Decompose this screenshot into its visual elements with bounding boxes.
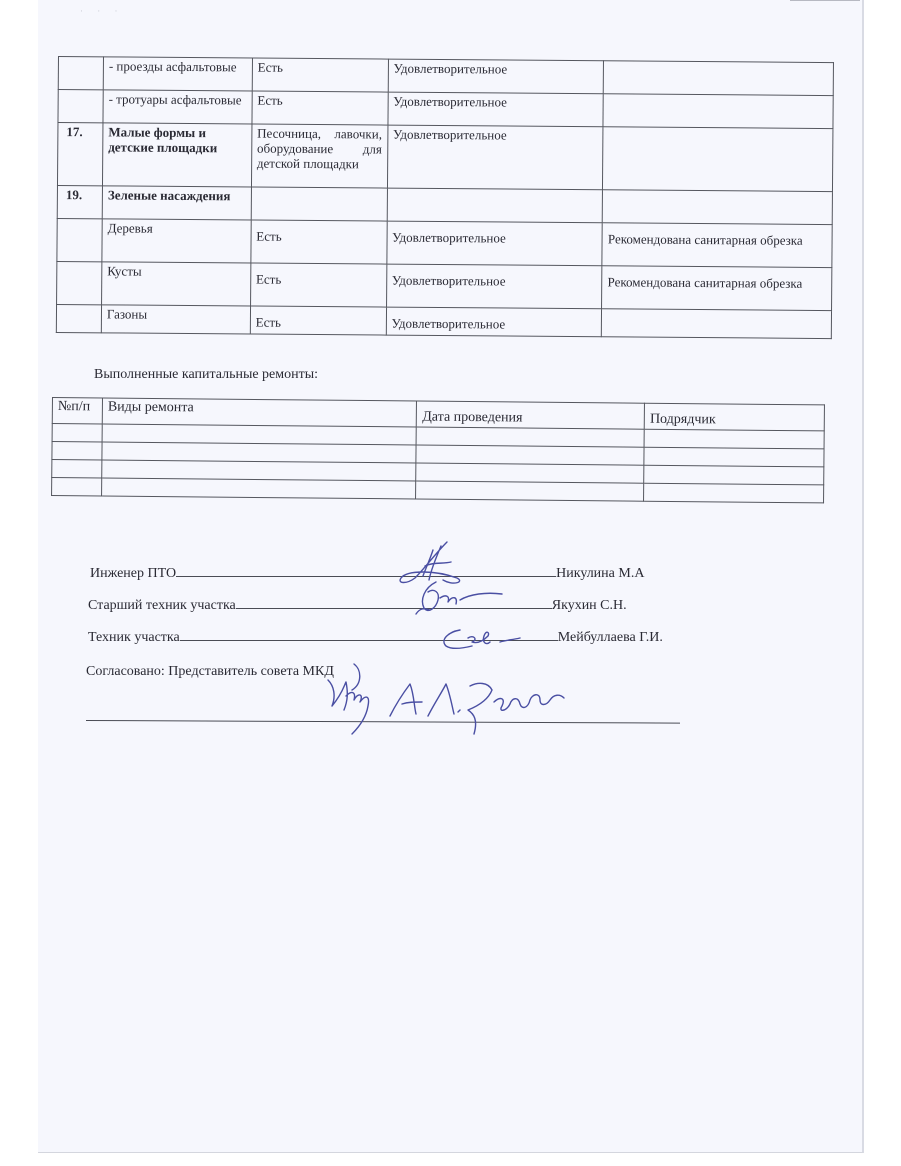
element-note (604, 61, 834, 96)
approval-label: Согласовано: Представитель совета МКД (86, 664, 334, 680)
scan-edge (790, 0, 860, 1)
element-note (603, 190, 833, 225)
scan-artifact: · · · (80, 6, 124, 16)
cell-date (416, 445, 644, 465)
row-number (57, 261, 102, 304)
element-condition (387, 188, 603, 223)
cell-repair-type (102, 478, 417, 499)
element-presence: Песочница, лавочки, оборудование для дет… (251, 124, 387, 188)
cell-contractor (644, 447, 824, 467)
cell-number (52, 424, 102, 442)
row-number (56, 304, 101, 332)
signature-underline (176, 566, 556, 577)
signature-line-technician: Техник участкаМейбуллаева Г.И. (88, 630, 663, 646)
cell-number (52, 460, 102, 478)
row-number (58, 90, 103, 123)
header-date: Дата проведения (417, 401, 645, 429)
signature-line-senior-technician: Старший техник участкаЯкухин С.Н. (88, 598, 627, 614)
cell-date (416, 481, 644, 501)
cell-number (52, 442, 102, 460)
row-number (58, 57, 103, 90)
capital-repairs-table: №п/п Виды ремонта Дата проведения Подряд… (51, 397, 825, 503)
element-condition: Удовлетворительное (386, 264, 602, 309)
element-presence: Есть (252, 58, 388, 92)
table-row: Кусты Есть Удовлетворительное Рекомендов… (57, 261, 832, 310)
cell-number (52, 478, 102, 496)
signature-role: Инженер ПТО (90, 566, 176, 582)
cell-date (417, 427, 645, 447)
cell-date (416, 463, 644, 483)
element-name: Кусты (102, 262, 251, 306)
repairs-caption: Выполненные капитальные ремонты: (94, 367, 318, 383)
element-note: Рекомендована санитарная обрезка (602, 266, 832, 311)
element-name: Зеленые насаждения (102, 186, 251, 220)
element-name: Деревья (102, 219, 251, 263)
handwritten-signature-icon (438, 626, 528, 654)
element-presence (251, 187, 387, 221)
signature-role: Старший техник участка (88, 598, 236, 614)
header-contractor: Подрядчик (644, 403, 824, 431)
header-repair-type: Виды ремонта (102, 398, 417, 427)
cell-contractor (644, 483, 824, 503)
row-number: 17. (57, 123, 102, 186)
signature-line-engineer: Инженер ПТОНикулина М.А (90, 566, 644, 582)
element-condition: Удовлетворительное (388, 92, 604, 127)
element-note: Рекомендована санитарная обрезка (602, 223, 832, 268)
element-name: Малые формы и детские площадки (102, 123, 251, 187)
element-note (603, 127, 833, 192)
element-name: Газоны (101, 305, 250, 334)
element-condition: Удовлетворительное (386, 221, 602, 266)
signature-name: Мейбуллаева Г.И. (558, 630, 663, 646)
header-number: №п/п (52, 398, 102, 424)
element-condition: Удовлетворительное (388, 59, 604, 94)
signature-role: Техник участка (88, 630, 180, 646)
element-name: - проезды асфальтовые (103, 57, 252, 91)
elements-condition-table: - проезды асфальтовые Есть Удовлетворите… (56, 56, 834, 339)
row-number (57, 218, 102, 261)
element-note (602, 309, 832, 339)
table-row: Газоны Есть Удовлетворительное (56, 304, 831, 338)
element-condition: Удовлетворительное (386, 307, 602, 337)
element-presence: Есть (252, 91, 388, 125)
element-name: - тротуары асфальтовые (103, 90, 252, 124)
cell-contractor (644, 429, 824, 449)
table-row: 17. Малые формы и детские площадки Песоч… (57, 123, 832, 192)
signature-name: Якухин С.Н. (552, 598, 627, 614)
element-presence: Есть (250, 306, 386, 335)
handwritten-signature-icon (410, 578, 510, 618)
row-number: 19. (57, 185, 102, 218)
element-note (603, 94, 833, 129)
table-row: Деревья Есть Удовлетворительное Рекоменд… (57, 218, 832, 267)
element-presence: Есть (251, 220, 387, 264)
handwritten-signature-icon (318, 660, 578, 740)
cell-contractor (644, 465, 824, 485)
element-presence: Есть (250, 263, 386, 307)
element-condition: Удовлетворительное (387, 125, 603, 190)
signature-name: Никулина М.А (556, 566, 644, 582)
